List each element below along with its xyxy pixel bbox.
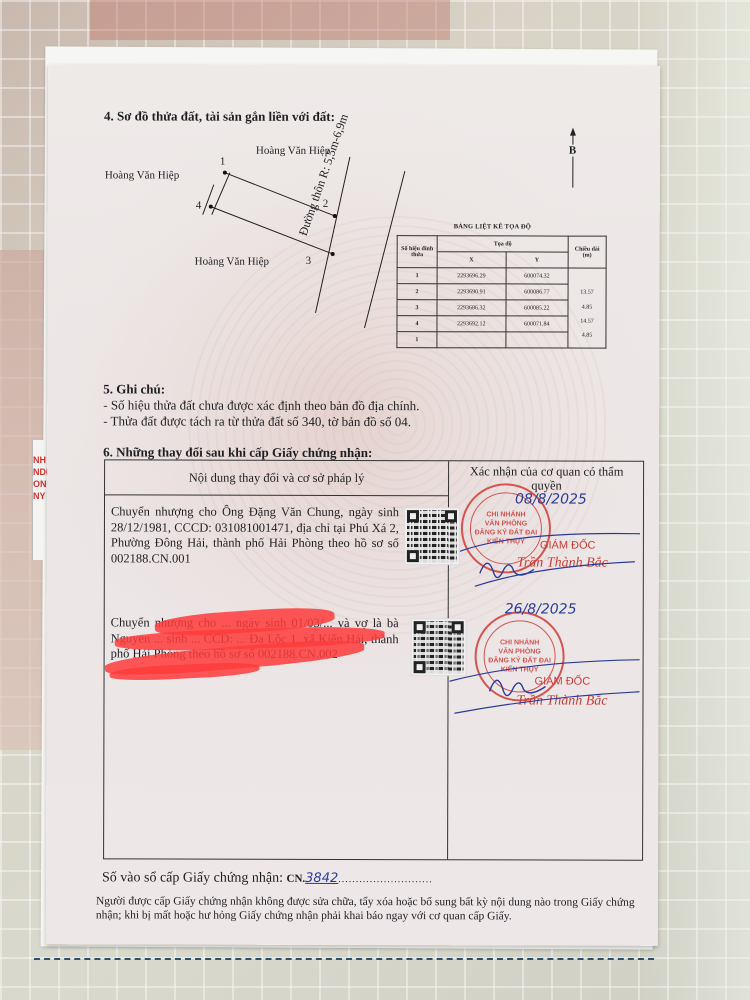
col-length: Chiều dài (m)	[568, 236, 606, 268]
table-row: 1 2293696.29 600074.32 13.57 4.85 14.57 …	[397, 268, 606, 285]
coord-table: Số hiệu đỉnh thửa Tọa độ Chiều dài (m) X…	[396, 235, 606, 349]
length-cell: 13.57 4.85 14.57 4.85	[568, 268, 606, 348]
registry-number: 3842	[305, 871, 338, 886]
background-pink-item	[90, 0, 450, 40]
vertex-2-label: 2	[323, 198, 329, 210]
registry-prefix: CN.	[287, 873, 306, 885]
vertex-3-label: 3	[306, 255, 312, 267]
col-x: X	[437, 252, 506, 268]
warning-note: Người được cấp Giấy chứng nhận không đượ…	[96, 894, 656, 923]
col-content-header: Nội dung thay đổi và cơ sở pháp lý	[105, 470, 448, 486]
sleeve-dashed-edge	[34, 958, 654, 960]
changes-table: Nội dung thay đổi và cơ sở pháp lý Xác n…	[103, 459, 644, 860]
north-label: B	[569, 145, 576, 157]
coord-table-title: BẢNG LIỆT KÊ TỌA ĐỘ	[454, 223, 531, 230]
col-y: Y	[506, 252, 568, 268]
confirm-date-1: 08/8/2025	[515, 491, 587, 507]
left-stamp-sliver: NHNDĐONGNY	[32, 440, 48, 560]
neighbor-left: Hoàng Văn Hiệp	[105, 169, 179, 181]
note-2: - Thửa đất được tách ra từ thửa đất số 3…	[103, 413, 411, 430]
vertex-4-label: 4	[196, 200, 202, 212]
confirm-date-2: 26/8/2025	[505, 601, 577, 617]
neighbor-top: Hoàng Văn Hiệp	[256, 145, 330, 157]
col-coords: Tọa độ	[437, 236, 568, 252]
vertex-1-label: 1	[220, 156, 226, 168]
note-1: - Số hiệu thửa đất chưa được xác định th…	[103, 397, 419, 414]
registry-line: Số vào sổ cấp Giấy chứng nhận: CN.3842..…	[102, 870, 433, 887]
col-confirm-header: Xác nhận của cơ quan có thẩm quyền	[448, 461, 645, 493]
certificate-page: 4. Sơ đồ thửa đất, tài sản gắn liền với …	[46, 64, 660, 946]
col-point: Số hiệu đỉnh thửa	[397, 236, 437, 268]
qr-code-1[interactable]	[405, 508, 459, 564]
section5-title: 5. Ghi chú:	[103, 381, 165, 397]
neighbor-bottom: Hoàng Văn Hiệp	[195, 256, 269, 268]
signature-2	[444, 651, 644, 722]
signature-1	[455, 511, 645, 591]
change-entry-1-text: Chuyển nhượng cho Ông Đặng Văn Chung, ng…	[111, 504, 399, 567]
registry-label: Số vào sổ cấp Giấy chứng nhận:	[102, 870, 283, 885]
